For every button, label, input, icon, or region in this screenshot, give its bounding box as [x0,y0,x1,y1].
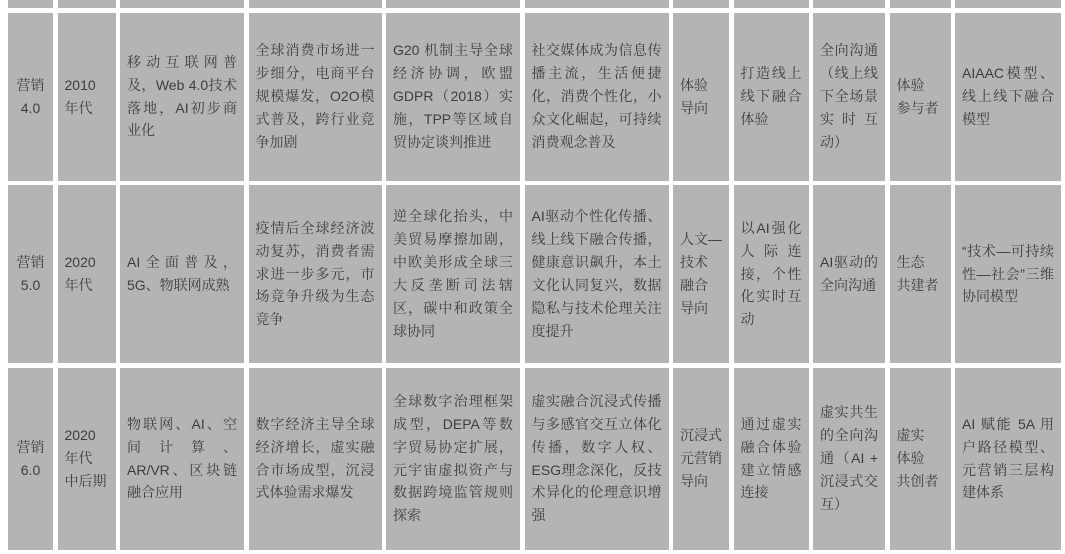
cell-text: “技术—可持续性—社会”三维协同模型 [962,240,1054,309]
cell-text: 通过虚实融合体验建立情感连接 [741,413,802,505]
cell-orientation: 人文— 技术 融合 导向 [673,185,729,363]
cell-marketing-model: AI 赋能 5A 用户路径模型、元营销三层构建体系 [955,368,1061,550]
cell-text: 虚实共生的全向沟通（AI + 沉浸式交互） [820,401,878,516]
cell-text: 体验 参与者 [897,74,944,120]
cell-text: 2020 年代 [65,251,109,297]
cell-market: 全球消费市场进一步细分，电商平台规模爆发，O2O模式普及，跨行业竞争加剧 [249,13,382,181]
stub-cell-market [249,0,382,8]
cell-text: 逆全球化抬头，中美贸易摩擦加剧，中欧美形成全球三大反垄断司法辖区，碳中和政策全球… [393,205,513,343]
stub-cell-communication [813,0,885,8]
cell-experience-strategy: 以AI强化人际连接，个性化实时互动 [734,185,809,363]
cell-text: 生态 共建者 [897,251,944,297]
cell-text: 体验 导向 [680,74,722,120]
cell-communication: 虚实共生的全向沟通（AI + 沉浸式交互） [813,368,885,550]
stub-cell-global-economy [386,0,520,8]
cell-era: 营销 5.0 [8,185,53,363]
cell-market: 数字经济主导全球经济增长，虚实融合市场成型，沉浸式体验需求爆发 [249,368,382,550]
cell-technology: AI全面普及，5G、物联网成熟 [120,185,244,363]
cell-text: 虚实融合沉浸式传播与多感官交互立体化传播，数字人权、ESG理念深化，反技术异化的… [532,390,662,528]
cell-text: 社交媒体成为信息传播主流，生活便捷化，消费个性化，小众文化崛起，可持续消费观念普… [532,39,662,154]
cell-text: AI驱动的全向沟通 [820,251,878,297]
cell-global-economy: 逆全球化抬头，中美贸易摩擦加剧，中欧美形成全球三大反垄断司法辖区，碳中和政策全球… [386,185,520,363]
cell-consumer-role: 虚实 体验 共创者 [890,368,951,550]
cell-era: 营销 6.0 [8,368,53,550]
cell-global-economy: 全球数字治理框架成型，DEPA等数字贸易协定扩展，元宇宙虚拟资产与数据跨境监管规… [386,368,520,550]
cell-text: 沉浸式 元营销 导向 [680,424,722,493]
cell-global-economy: G20 机制主导全球经济协调，欧盟GDPR（2018）实施，TPP等区域自贸协定… [386,13,520,181]
cell-communication: AI驱动的全向沟通 [813,185,885,363]
cell-text: 全向沟通（线上线下全场景实时互动） [820,39,878,154]
cell-text: 虚实 体验 共创者 [897,424,944,493]
cell-experience-strategy: 通过虚实融合体验建立情感连接 [734,368,809,550]
cell-text: 物联网、AI、空间计算、AR/VR、区块链融合应用 [127,413,237,505]
cell-text: 数字经济主导全球经济增长，虚实融合市场成型，沉浸式体验需求爆发 [256,413,375,505]
cell-text: G20 机制主导全球经济协调，欧盟GDPR（2018）实施，TPP等区域自贸协定… [393,39,513,154]
cell-text: AI全面普及，5G、物联网成熟 [127,251,237,297]
cell-text: 营销 5.0 [15,251,46,297]
cell-text: 移动互联网普及，Web 4.0技术落地，AI初步商业化 [127,51,237,143]
stub-cell-experience-strategy [734,0,809,8]
stub-cell-period [58,0,116,8]
cell-social-consumption: 社交媒体成为信息传播主流，生活便捷化，消费个性化，小众文化崛起，可持续消费观念普… [525,13,669,181]
cell-period: 2010 年代 [58,13,116,181]
cell-marketing-model: AIAAC模型、线上线下融合模型 [955,13,1061,181]
cell-text: 营销 4.0 [15,74,46,120]
stub-cell-marketing-model [955,0,1061,8]
cell-period: 2020 年代 中后期 [58,368,116,550]
cell-consumer-role: 体验 参与者 [890,13,951,181]
cell-social-consumption: 虚实融合沉浸式传播与多感官交互立体化传播，数字人权、ESG理念深化，反技术异化的… [525,368,669,550]
stub-cell-technology [120,0,244,8]
cell-technology: 物联网、AI、空间计算、AR/VR、区块链融合应用 [120,368,244,550]
stub-cell-era [8,0,53,8]
cell-era: 营销 4.0 [8,13,53,181]
cell-text: 2020 年代 中后期 [65,424,109,493]
cell-text: 打造线上线下融合体验 [741,62,802,131]
cell-communication: 全向沟通（线上线下全场景实时互动） [813,13,885,181]
stub-cell-social-consumption [525,0,669,8]
cell-consumer-role: 生态 共建者 [890,185,951,363]
cell-experience-strategy: 打造线上线下融合体验 [734,13,809,181]
stub-cell-consumer-role [890,0,951,8]
cell-text: 全球数字治理框架成型，DEPA等数字贸易协定扩展，元宇宙虚拟资产与数据跨境监管规… [393,390,513,528]
cell-orientation: 体验 导向 [673,13,729,181]
marketing-eras-table: 营销 4.0 2010 年代 移动互联网普及，Web 4.0技术落地，AI初步商… [8,0,1061,550]
cell-orientation: 沉浸式 元营销 导向 [673,368,729,550]
cell-text: 全球消费市场进一步细分，电商平台规模爆发，O2O模式普及，跨行业竞争加剧 [256,39,375,154]
cell-text: 2010 年代 [65,74,109,120]
cell-text: 以AI强化人际连接，个性化实时互动 [741,217,802,332]
cell-text: 疫情后全球经济波动复苏，消费者需求进一步多元，市场竞争升级为生态竞争 [256,217,375,332]
cell-marketing-model: “技术—可持续性—社会”三维协同模型 [955,185,1061,363]
cell-market: 疫情后全球经济波动复苏，消费者需求进一步多元，市场竞争升级为生态竞争 [249,185,382,363]
cell-technology: 移动互联网普及，Web 4.0技术落地，AI初步商业化 [120,13,244,181]
cell-text: AIAAC模型、线上线下融合模型 [962,62,1054,131]
cell-social-consumption: AI驱动个性化传播、线上线下融合传播，健康意识飙升，本土文化认同复兴，数据隐私与… [525,185,669,363]
cell-period: 2020 年代 [58,185,116,363]
stub-cell-orientation [673,0,729,8]
cell-text: 营销 6.0 [15,436,46,482]
cell-text: AI 赋能 5A 用户路径模型、元营销三层构建体系 [962,413,1054,505]
cell-text: 人文— 技术 融合 导向 [680,228,722,320]
cell-text: AI驱动个性化传播、线上线下融合传播，健康意识飙升，本土文化认同复兴，数据隐私与… [532,205,662,343]
